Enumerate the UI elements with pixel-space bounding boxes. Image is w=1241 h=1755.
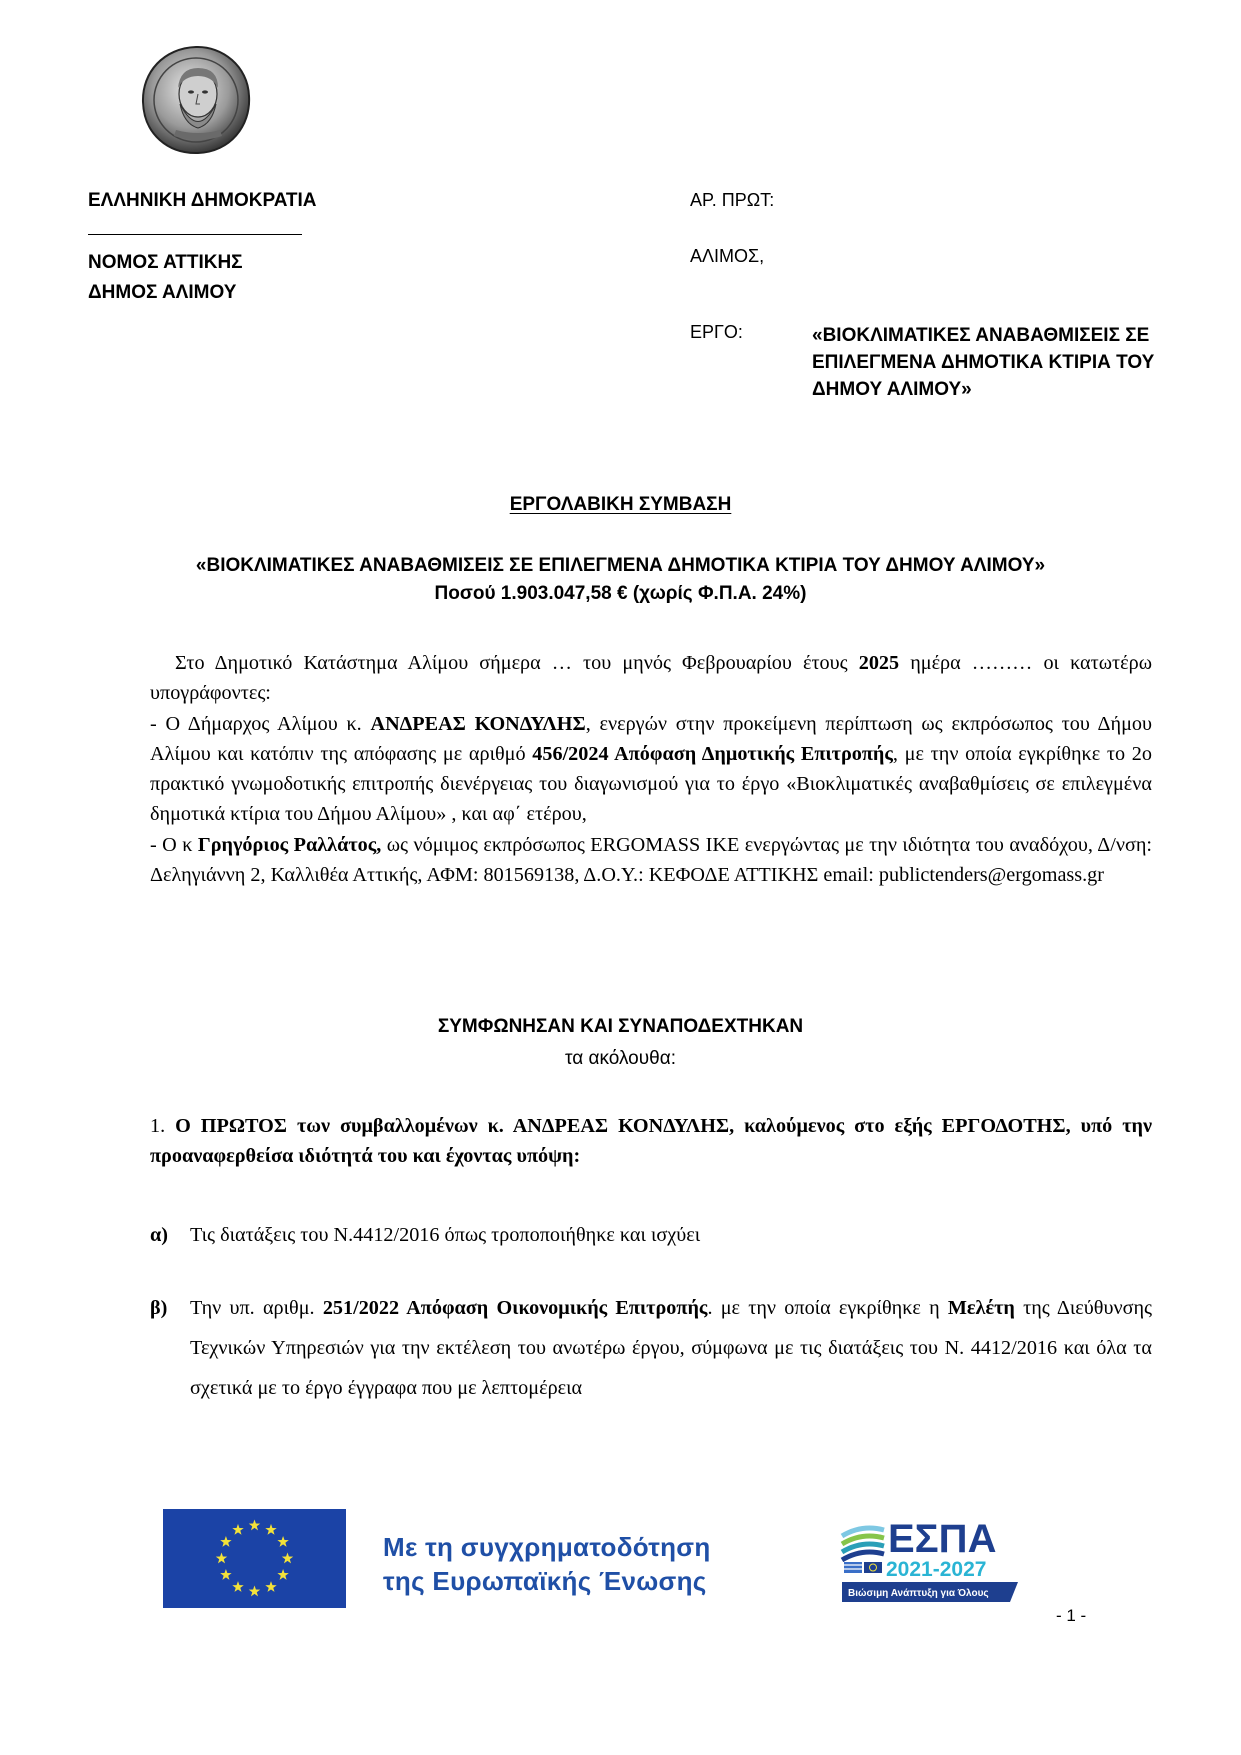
intro-paragraph-date: Στο Δημοτικό Κατάστημα Αλίμου σήμερα … τ… bbox=[150, 648, 1152, 709]
contract-amount: Ποσού 1.903.047,58 € (χωρίς Φ.Π.Α. 24%) bbox=[0, 583, 1241, 605]
contract-heading: ΕΡΓΟΛΑΒΙΚΗ ΣΥΜΒΑΣΗ bbox=[0, 494, 1241, 516]
prefecture-name: ΝΟΜΟΣ ΑΤΤΙΚΗΣ bbox=[88, 252, 243, 274]
municipality-name: ΔΗΜΟΣ ΑΛΙΜΟΥ bbox=[88, 282, 236, 304]
svg-text:Βιώσιμη Ανάπτυξη για Όλους: Βιώσιμη Ανάπτυξη για Όλους bbox=[848, 1588, 989, 1599]
item-label: β) bbox=[150, 1288, 167, 1328]
page-number: - 1 - bbox=[1056, 1606, 1086, 1626]
espa-logo-icon: ΕΣΠΑ 2021-2027 Βιώσιμη Ανάπτυξη για Όλου… bbox=[838, 1510, 1038, 1610]
header-divider bbox=[88, 234, 302, 235]
list-item: β) Την υπ. αριθμ. 251/2022 Απόφαση Οικον… bbox=[150, 1288, 1152, 1408]
protocol-label: ΑΡ. ΠΡΩΤ: bbox=[690, 190, 774, 211]
intro-paragraph-contractor: - Ο κ Γρηγόριος Ραλλάτος, ως νόμιμος εκπ… bbox=[150, 830, 1152, 891]
project-label: ΕΡΓΟ: bbox=[690, 322, 743, 343]
place-label: ΑΛΙΜΟΣ, bbox=[690, 246, 764, 267]
country-name: ΕΛΛΗΝΙΚΗ ΔΗΜΟΚΡΑΤΙΑ bbox=[88, 190, 316, 212]
svg-text:ΕΣΠΑ: ΕΣΠΑ bbox=[888, 1517, 996, 1561]
decision-reference: 456/2024 Απόφαση Δημοτικής Επιτροπής bbox=[532, 743, 893, 765]
agreement-heading: ΣΥΜΦΩΝΗΣΑΝ ΚΑΙ ΣΥΝΑΠΟΔΕΧΤΗΚΑΝ bbox=[0, 1016, 1241, 1038]
intro-section: Στο Δημοτικό Κατάστημα Αλίμου σήμερα … τ… bbox=[150, 648, 1152, 890]
svg-text:2021-2027: 2021-2027 bbox=[886, 1558, 986, 1581]
mayor-name: ΑΝΔΡΕΑΣ ΚΟΝΔΥΛΗΣ bbox=[370, 713, 585, 735]
item-label: α) bbox=[150, 1220, 168, 1250]
intro-paragraph-mayor: - Ο Δήμαρχος Αλίμου κ. ΑΝΔΡΕΑΣ ΚΟΝΔΥΛΗΣ,… bbox=[150, 709, 1152, 830]
contractor-representative-name: Γρηγόριος Ραλλάτος, bbox=[198, 834, 381, 856]
clause-1: 1. Ο ΠΡΩΤΟΣ των συμβαλλομένων κ. ΑΝΔΡΕΑΣ… bbox=[150, 1111, 1152, 1172]
agreement-subheading: τα ακόλουθα: bbox=[0, 1048, 1241, 1070]
eu-flag-icon bbox=[163, 1509, 346, 1608]
contract-subject: «ΒΙΟΚΛΙΜΑΤΙΚΕΣ ΑΝΑΒΑΘΜΙΣΕΙΣ ΣΕ ΕΠΙΛΕΓΜΕΝ… bbox=[0, 555, 1241, 577]
thucydides-coin-emblem-icon bbox=[140, 44, 252, 156]
project-title: «ΒΙΟΚΛΙΜΑΤΙΚΕΣ ΑΝΑΒΑΘΜΙΣΕΙΣ ΣΕ ΕΠΙΛΕΓΜΕΝ… bbox=[812, 322, 1192, 403]
eu-cofunding-text: Με τη συγχρηματοδότηση της Ευρωπαϊκής Έν… bbox=[383, 1530, 711, 1598]
list-item: α) Τις διατάξεις του Ν.4412/2016 όπως τρ… bbox=[150, 1220, 1152, 1250]
